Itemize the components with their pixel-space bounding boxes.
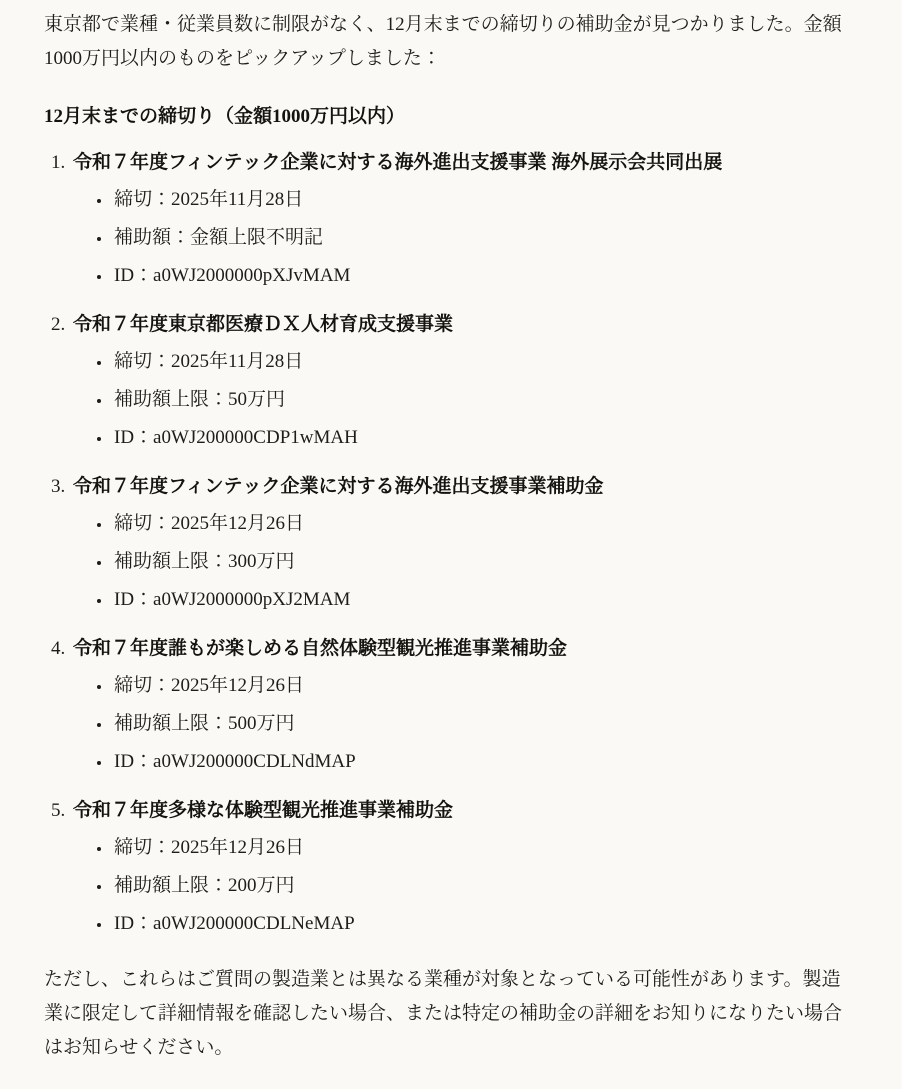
grant-item: 令和７年度東京都医療ＤＸ人材育成支援事業 締切：2025年11月28日 補助額上… [70, 308, 858, 455]
grant-detail-amount: 補助額上限：50万円 [112, 383, 858, 417]
grant-item: 令和７年度フィンテック企業に対する海外進出支援事業補助金 締切：2025年12月… [70, 470, 858, 617]
grant-detail-amount: 補助額上限：500万円 [112, 707, 858, 741]
grant-details: 締切：2025年11月28日 補助額上限：50万円 ID：a0WJ200000C… [73, 345, 858, 455]
grant-details: 締切：2025年12月26日 補助額上限：200万円 ID：a0WJ200000… [73, 831, 858, 941]
grant-detail-deadline: 締切：2025年12月26日 [112, 507, 858, 541]
grant-item: 令和７年度多様な体験型観光推進事業補助金 締切：2025年12月26日 補助額上… [70, 794, 858, 941]
grant-detail-id: ID：a0WJ2000000pXJ2MAM [112, 583, 858, 617]
grant-detail-deadline: 締切：2025年12月26日 [112, 831, 858, 865]
grant-detail-id: ID：a0WJ200000CDLNdMAP [112, 745, 858, 779]
grant-detail-deadline: 締切：2025年11月28日 [112, 345, 858, 379]
grant-detail-deadline: 締切：2025年12月26日 [112, 669, 858, 703]
grant-title: 令和７年度フィンテック企業に対する海外進出支援事業 海外展示会共同出展 [73, 152, 722, 173]
grant-details: 締切：2025年11月28日 補助額：金額上限不明記 ID：a0WJ200000… [73, 183, 858, 293]
assistant-message: 東京都で業種・従業員数に制限がなく、12月末までの締切りの補助金が見つかりました… [0, 0, 902, 1089]
grant-item: 令和７年度誰もが楽しめる自然体験型観光推進事業補助金 締切：2025年12月26… [70, 632, 858, 779]
grant-detail-amount: 補助額上限：300万円 [112, 545, 858, 579]
grant-title: 令和７年度東京都医療ＤＸ人材育成支援事業 [73, 314, 453, 335]
grant-detail-amount: 補助額：金額上限不明記 [112, 221, 858, 255]
grant-details: 締切：2025年12月26日 補助額上限：300万円 ID：a0WJ200000… [73, 507, 858, 617]
grant-title: 令和７年度フィンテック企業に対する海外進出支援事業補助金 [73, 476, 603, 497]
intro-paragraph: 東京都で業種・従業員数に制限がなく、12月末までの締切りの補助金が見つかりました… [44, 8, 858, 76]
section-heading: 12月末までの締切り（金額1000万円以内） [44, 102, 858, 132]
grant-item: 令和７年度フィンテック企業に対する海外進出支援事業 海外展示会共同出展 締切：2… [70, 146, 858, 293]
grant-details: 締切：2025年12月26日 補助額上限：500万円 ID：a0WJ200000… [73, 669, 858, 779]
grant-detail-id: ID：a0WJ200000CDP1wMAH [112, 421, 858, 455]
grant-detail-id: ID：a0WJ2000000pXJvMAM [112, 259, 858, 293]
grant-detail-amount: 補助額上限：200万円 [112, 869, 858, 903]
closing-paragraph: ただし、これらはご質問の製造業とは異なる業種が対象となっている可能性があります。… [44, 963, 858, 1065]
grant-title: 令和７年度多様な体験型観光推進事業補助金 [73, 800, 453, 821]
grant-list: 令和７年度フィンテック企業に対する海外進出支援事業 海外展示会共同出展 締切：2… [44, 146, 858, 941]
grant-detail-id: ID：a0WJ200000CDLNeMAP [112, 907, 858, 941]
grant-title: 令和７年度誰もが楽しめる自然体験型観光推進事業補助金 [73, 638, 567, 659]
grant-detail-deadline: 締切：2025年11月28日 [112, 183, 858, 217]
